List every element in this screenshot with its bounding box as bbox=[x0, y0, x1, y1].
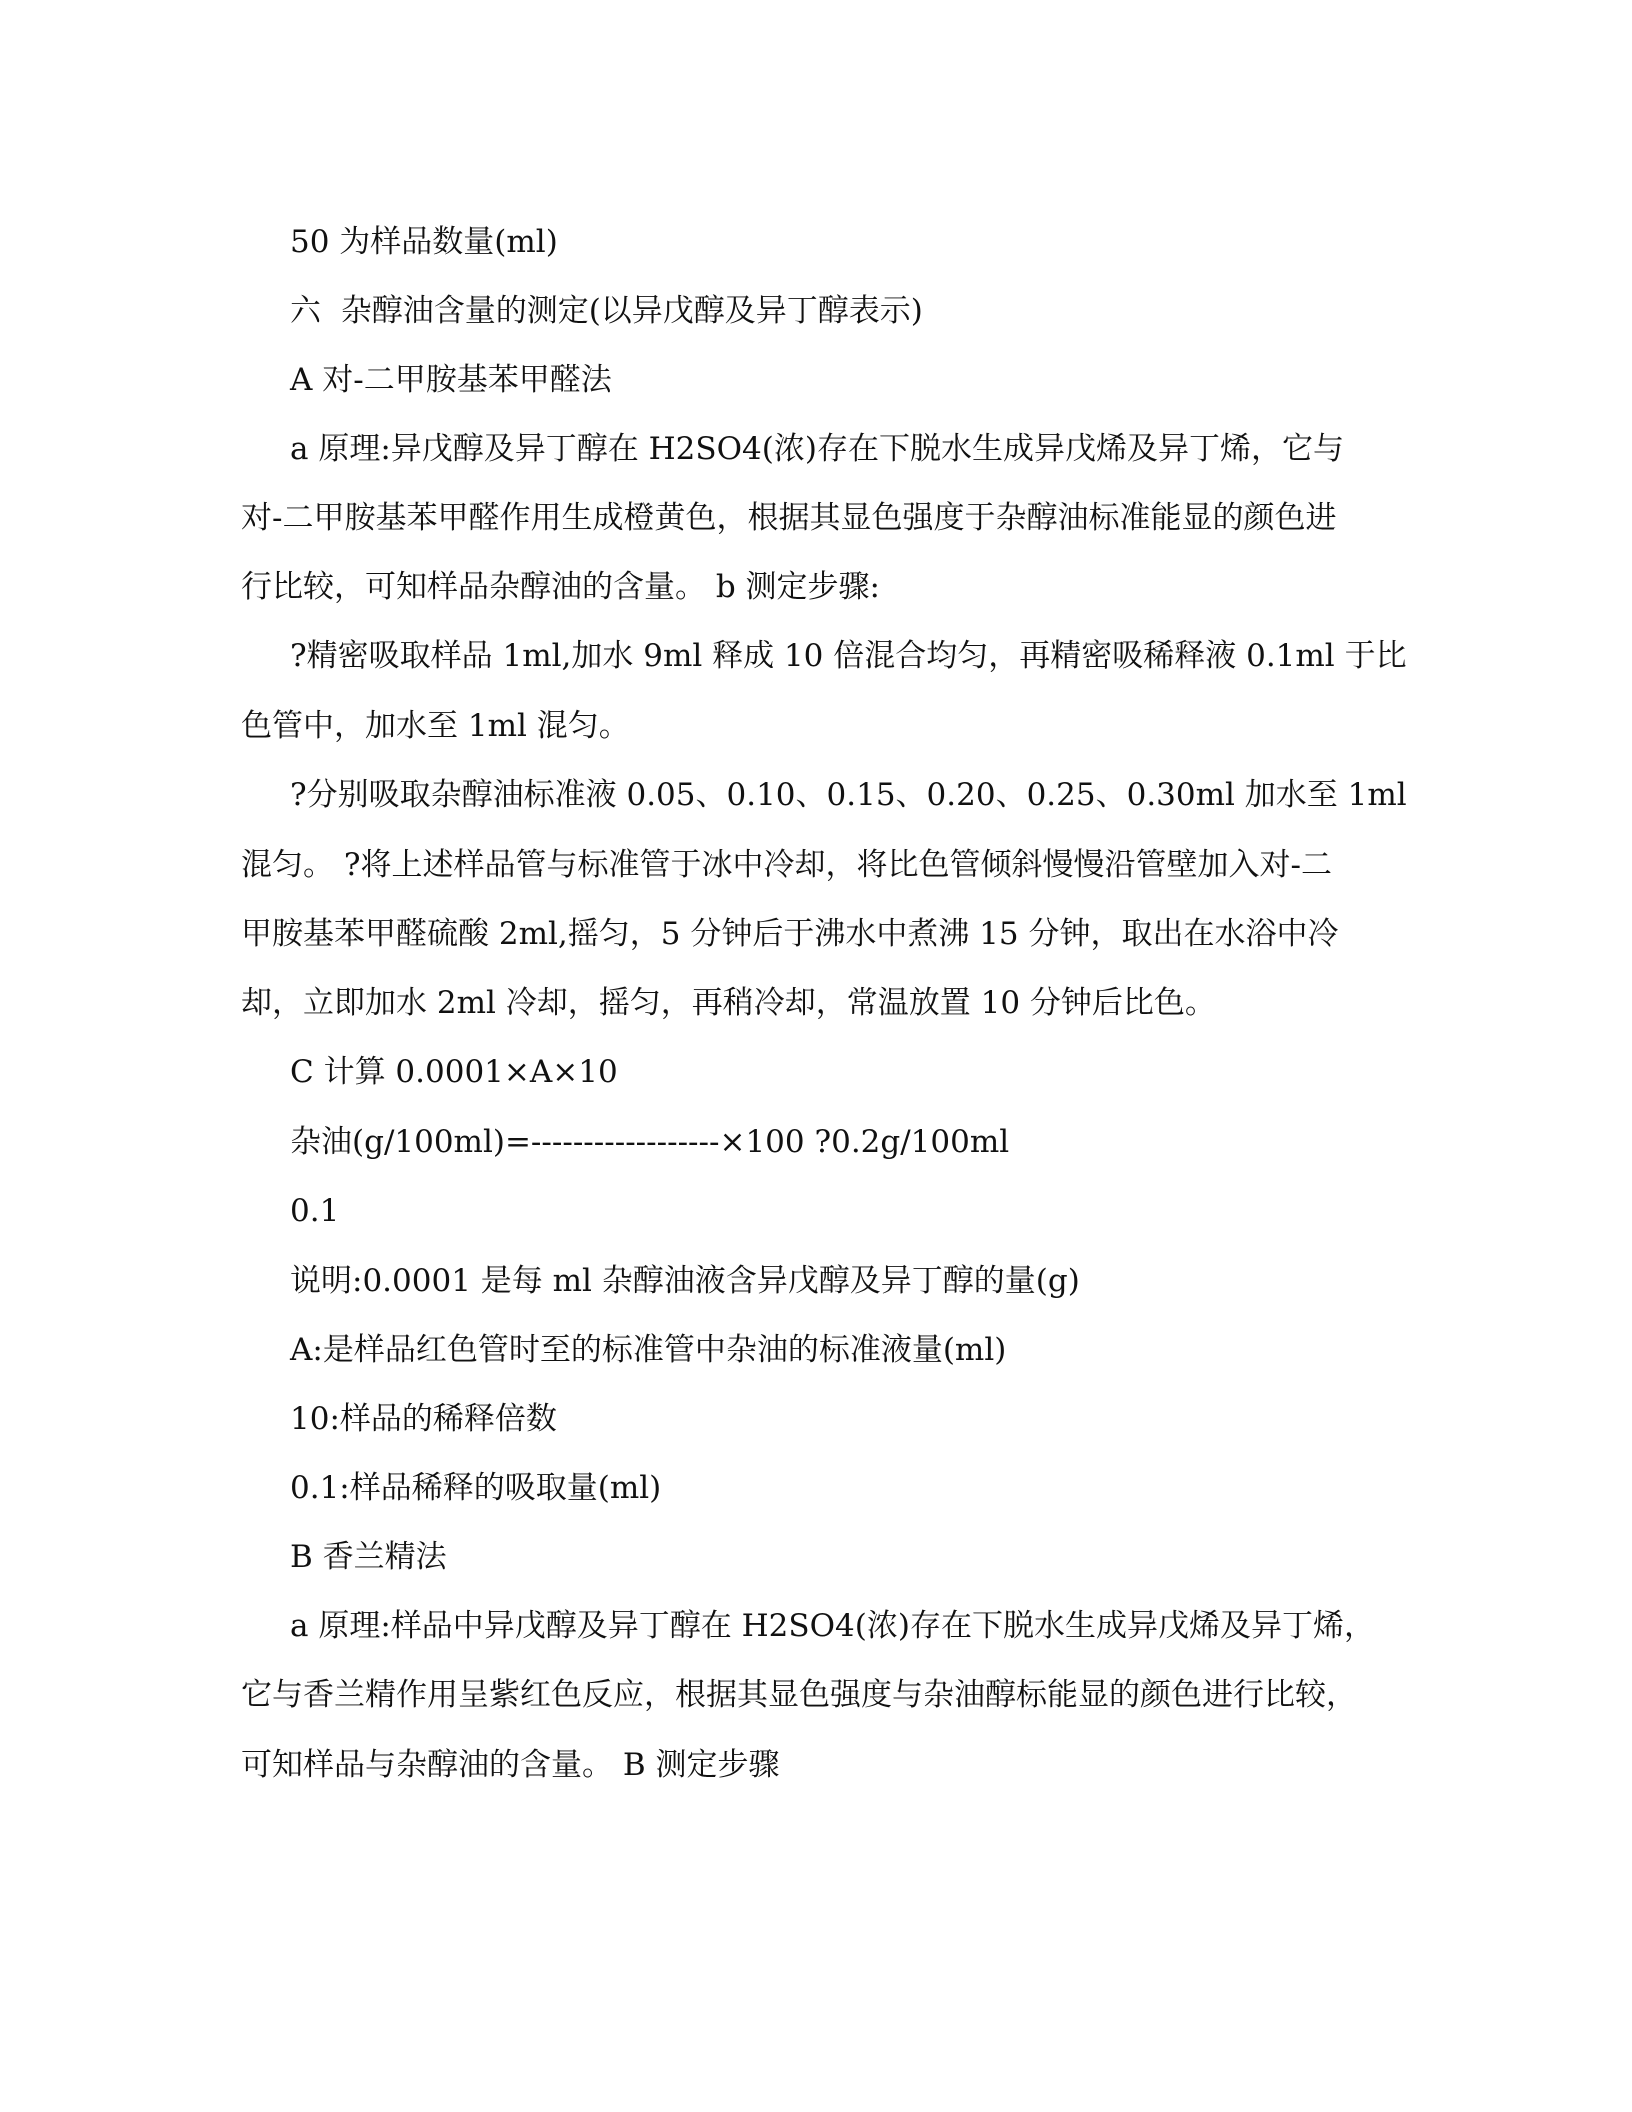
text-line-step-2b: 混匀。 ?将上述样品管与标准管于冰中冷却，将比色管倾斜慢慢沿管壁加入对-二 bbox=[241, 845, 1332, 885]
formula-main: 杂油(g/100ml)=------------------×100 ?0.2g… bbox=[290, 1122, 1009, 1162]
text-line-step-1a: ?精密吸取样品 1ml,加水 9ml 释成 10 倍混合均匀，再精密吸稀释液 0… bbox=[290, 636, 1407, 676]
subsection-heading-method-a: A 对-二甲胺基苯甲醛法 bbox=[290, 360, 612, 400]
text-line-principle-b-2: 它与香兰精作用呈紫红色反应，根据其显色强度与杂油醇标能显的颜色进行比较， bbox=[241, 1675, 1357, 1715]
text-line-principle-a-3: 行比较，可知样品杂醇油的含量。 b 测定步骤: bbox=[241, 567, 880, 607]
text-line-note-2: A:是样品红色管时至的标准管中杂油的标准液量(ml) bbox=[290, 1330, 1006, 1370]
text-line-principle-b-3: 可知样品与杂醇油的含量。 B 测定步骤 bbox=[241, 1745, 780, 1785]
text-line-step-3a: 甲胺基苯甲醛硫酸 2ml,摇匀，5 分钟后于沸水中煮沸 15 分钟，取出在水浴中… bbox=[241, 914, 1338, 954]
text-line-step-1b: 色管中，加水至 1ml 混匀。 bbox=[241, 706, 630, 746]
text-line-principle-a-1: a 原理:异戊醇及异丁醇在 H2SO4(浓)存在下脱水生成异戊烯及异丁烯，它与 bbox=[290, 429, 1344, 469]
text-line-sample-volume: 50 为样品数量(ml) bbox=[290, 222, 558, 262]
text-line-note-3: 10:样品的稀释倍数 bbox=[290, 1399, 557, 1439]
subsection-heading-method-b: B 香兰精法 bbox=[290, 1537, 447, 1577]
text-line-step-3b: 却，立即加水 2ml 冷却，摇匀，再稍冷却，常温放置 10 分钟后比色。 bbox=[241, 983, 1216, 1023]
text-line-note-1: 说明:0.0001 是每 ml 杂醇油液含异戊醇及异丁醇的量(g) bbox=[290, 1261, 1080, 1301]
text-line-note-4: 0.1:样品稀释的吸取量(ml) bbox=[290, 1468, 661, 1508]
text-line-principle-b-1: a 原理:样品中异戊醇及异丁醇在 H2SO4(浓)存在下脱水生成异戊烯及异丁烯， bbox=[290, 1606, 1375, 1646]
section-heading-fusel-oil: 六 杂醇油含量的测定(以异戊醇及异丁醇表示) bbox=[290, 291, 923, 331]
formula-denominator: 0.1 bbox=[290, 1191, 339, 1231]
text-line-principle-a-2: 对-二甲胺基苯甲醛作用生成橙黄色，根据其显色强度于杂醇油标准能显的颜色进 bbox=[241, 498, 1336, 538]
formula-numerator: C 计算 0.0001×A×10 bbox=[290, 1052, 618, 1092]
text-line-step-2a: ?分别吸取杂醇油标准液 0.05、0.10、0.15、0.20、0.25、0.3… bbox=[290, 775, 1407, 815]
document-page: 50 为样品数量(ml) 六 杂醇油含量的测定(以异戊醇及异丁醇表示) A 对-… bbox=[0, 0, 1632, 2112]
